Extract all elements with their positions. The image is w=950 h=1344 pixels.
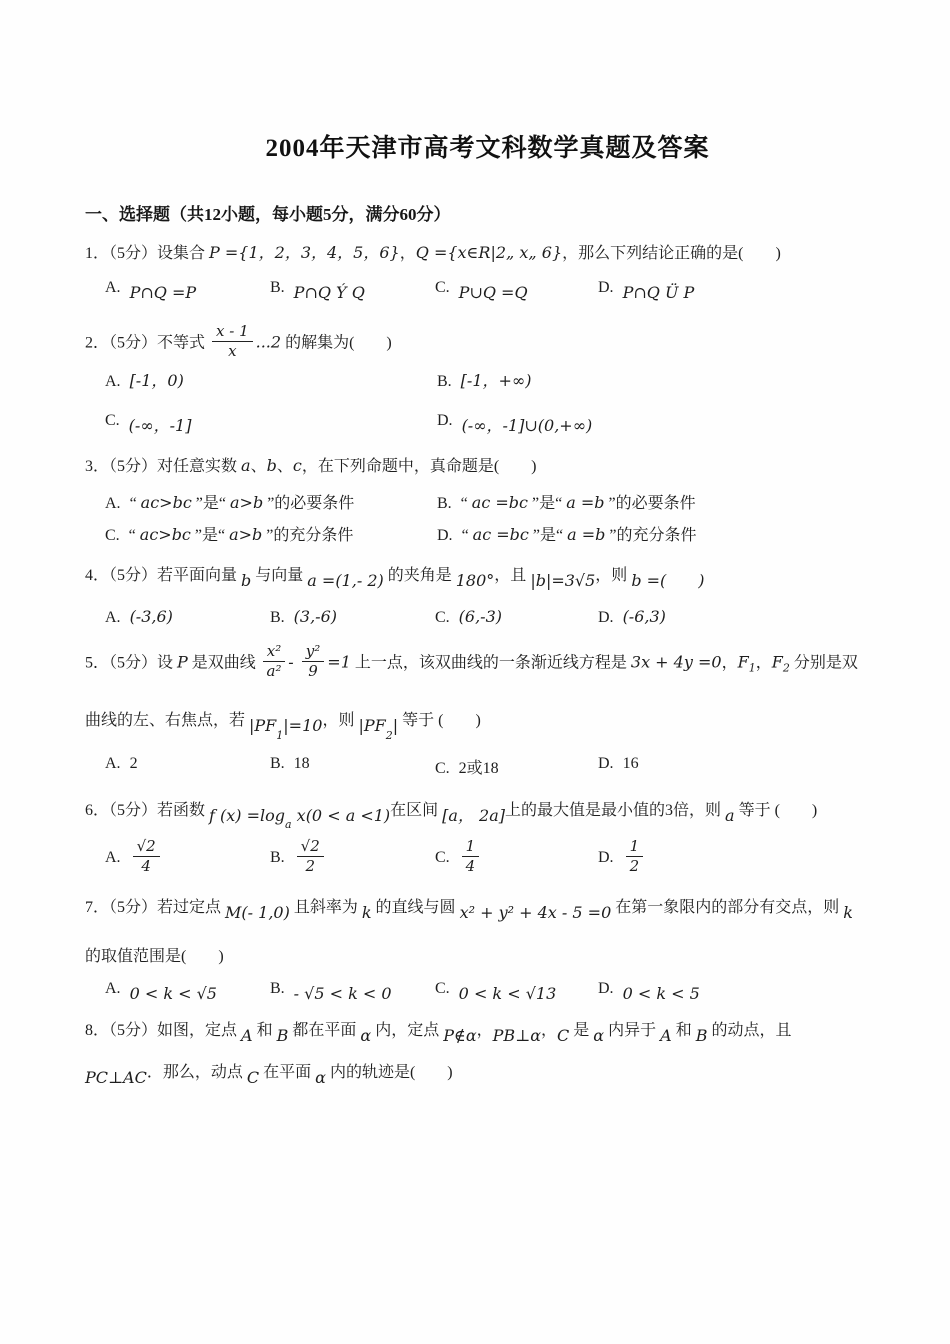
option-1a-content: P∩Q =P [130, 279, 197, 296]
question-1-options: A.P∩Q =P B.P∩Q Ý Q C.P∪Q =Q D.P∩Q Ü P [105, 277, 890, 297]
option-3d-content: “ ac =bc ”是“ a =b ”的充分条件 [462, 527, 697, 544]
question-7-options: A.0 < k < √5 B.- √5 < k < 0 C.0 < k < √1… [105, 978, 890, 998]
option-4a-content: (-3,6) [130, 609, 173, 626]
section-heading: 一、选择题（共12小题，每小题5分，满分60分） [85, 200, 890, 225]
question-5-stem-line1: 5．（5分）设 P 是双曲线 x²a²- y²9=1 上一点，该双曲线的一条渐近… [85, 645, 890, 683]
option-6d-label: D. [598, 849, 614, 866]
fraction: √22 [297, 838, 324, 876]
option-3c: C.“ ac>bc ”是“ a>b ”的充分条件 [105, 522, 437, 545]
option-1b: B.P∩Q Ý Q [270, 277, 435, 297]
fraction: x - 1x [212, 323, 253, 361]
option-5d-content: 16 [623, 755, 639, 772]
option-4a-label: A. [105, 609, 121, 626]
fraction: x²a² [263, 643, 285, 681]
option-2d-content: (-∞，-1]∪(0,+∞) [462, 412, 593, 429]
option-3c-label: C. [105, 527, 120, 544]
option-5a-content: 2 [130, 755, 138, 772]
question-3-options: A.“ ac>bc ”是“ a>b ”的必要条件 B.“ ac =bc ”是“ … [105, 490, 890, 545]
option-5a: A.2 [105, 755, 270, 778]
option-2b-label: B. [437, 373, 452, 390]
question-6: 6．（5分）若函数 f (x) =loga x(0 < a <1)在区间 [a，… [85, 798, 890, 878]
option-4c-content: (6,-3) [459, 609, 502, 626]
option-3b-label: B. [437, 495, 452, 512]
option-1a: A.P∩Q =P [105, 277, 270, 297]
option-2b-content: [-1，+∞) [461, 373, 532, 390]
option-7d-label: D. [598, 980, 614, 997]
option-5c: C.2或18 [435, 755, 598, 778]
option-3a-label: A. [105, 495, 121, 512]
option-3a-content: “ ac>bc ”是“ a>b ”的必要条件 [130, 495, 355, 512]
question-6-options: A.√24 B.√22 C.14 D.12 [105, 840, 890, 878]
option-7d: D.0 < k < 5 [598, 978, 890, 998]
option-3a: A.“ ac>bc ”是“ a>b ”的必要条件 [105, 490, 437, 513]
question-7-stem-line2: 的取值范围是( ) [85, 945, 890, 970]
option-5b-content: 18 [294, 755, 310, 772]
question-6-stem: 6．（5分）若函数 f (x) =loga x(0 < a <1)在区间 [a，… [85, 798, 890, 824]
option-5b: B.18 [270, 755, 435, 778]
option-4a: A.(-3,6) [105, 607, 270, 627]
option-5c-content: 2或18 [459, 760, 499, 777]
option-7c-label: C. [435, 980, 450, 997]
fraction: 14 [462, 838, 480, 876]
option-3b: B.“ ac =bc ”是“ a =b ”的必要条件 [437, 490, 890, 513]
option-2c: C.(-∞，-1] [105, 407, 437, 430]
option-5d: D.16 [598, 755, 890, 778]
option-2c-content: (-∞，-1] [129, 412, 192, 429]
question-4-options: A.(-3,6) B.(3,-6) C.(6,-3) D.(-6,3) [105, 607, 890, 627]
option-5a-label: A. [105, 755, 121, 772]
option-1a-label: A. [105, 279, 121, 296]
option-1b-content: P∩Q Ý Q [294, 279, 365, 296]
document-page: { "title": "2004年天津市高考文科数学真题及答案", "secti… [0, 0, 950, 1344]
option-7a-label: A. [105, 980, 121, 997]
question-8-stem-line1: 8．（5分）如图，定点 A 和 B 都在平面 α 内，定点 P∉α，PB⊥α，C… [85, 1018, 890, 1044]
option-6a-content: √24 [130, 849, 163, 866]
option-4b: B.(3,-6) [270, 607, 435, 627]
question-7-stem-line1: 7．（5分）若过定点 M(- 1,0) 且斜率为 k 的直线与圆 x² + y²… [85, 895, 890, 921]
option-5d-label: D. [598, 755, 614, 772]
option-7c-content: 0 < k < √13 [459, 980, 557, 997]
option-2b: B.[-1，+∞) [437, 368, 890, 391]
question-1: 1．（5分）设集合 P ={1，2，3，4，5，6}，Q ={x∈R|2„ x„… [85, 241, 890, 297]
question-5-options: A.2 B.18 C.2或18 D.16 [105, 755, 890, 778]
question-5: 5．（5分）设 P 是双曲线 x²a²- y²9=1 上一点，该双曲线的一条渐近… [85, 645, 890, 778]
option-6a: A.√24 [105, 840, 270, 878]
option-2a: A.[-1，0) [105, 368, 437, 391]
option-2a-content: [-1，0) [130, 373, 184, 390]
question-4-stem: 4．（5分）若平面向量 b 与向量 a =(1,- 2) 的夹角是 180°，且… [85, 563, 890, 589]
option-4d-content: (-6,3) [623, 609, 666, 626]
question-3: 3．（5分）对任意实数 a、b、c，在下列命题中，真命题是( ) A.“ ac>… [85, 454, 890, 545]
option-4b-label: B. [270, 609, 285, 626]
option-6c-label: C. [435, 849, 450, 866]
question-3-stem: 3．（5分）对任意实数 a、b、c，在下列命题中，真命题是( ) [85, 454, 890, 480]
option-3d: D.“ ac =bc ”是“ a =b ”的充分条件 [437, 522, 890, 545]
option-6c: C.14 [435, 840, 598, 878]
option-6d: D.12 [598, 840, 890, 878]
option-4d-label: D. [598, 609, 614, 626]
question-2-options: A.[-1，0) B.[-1，+∞) C.(-∞，-1] D.(-∞，-1]∪(… [105, 368, 890, 430]
option-7a-content: 0 < k < √5 [130, 980, 217, 997]
option-6b-content: √22 [294, 849, 327, 866]
option-5b-label: B. [270, 755, 285, 772]
option-4c: C.(6,-3) [435, 607, 598, 627]
option-6a-label: A. [105, 849, 121, 866]
option-7d-content: 0 < k < 5 [623, 980, 700, 997]
fraction: 12 [626, 838, 644, 876]
option-3b-content: “ ac =bc ”是“ a =b ”的必要条件 [461, 495, 696, 512]
option-7c: C.0 < k < √13 [435, 978, 598, 998]
option-2d-label: D. [437, 412, 453, 429]
option-4c-label: C. [435, 609, 450, 626]
option-2a-label: A. [105, 373, 121, 390]
question-1-stem: 1．（5分）设集合 P ={1，2，3，4，5，6}，Q ={x∈R|2„ x„… [85, 241, 890, 267]
option-1c: C.P∪Q =Q [435, 277, 598, 297]
option-5c-label: C. [435, 760, 450, 777]
option-1d-label: D. [598, 279, 614, 296]
option-6b: B.√22 [270, 840, 435, 878]
option-7b: B.- √5 < k < 0 [270, 978, 435, 998]
question-4: 4．（5分）若平面向量 b 与向量 a =(1,- 2) 的夹角是 180°，且… [85, 563, 890, 627]
option-4d: D.(-6,3) [598, 607, 890, 627]
option-1c-content: P∪Q =Q [459, 279, 528, 296]
question-8-stem-line2: PC⊥AC．那么，动点 C 在平面 α 内的轨迹是( ) [85, 1060, 890, 1086]
option-4b-content: (3,-6) [294, 609, 337, 626]
option-3d-label: D. [437, 527, 453, 544]
option-6b-label: B. [270, 849, 285, 866]
option-1d: D.P∩Q Ü P [598, 277, 890, 297]
option-2c-label: C. [105, 412, 120, 429]
option-7b-content: - √5 < k < 0 [294, 980, 392, 997]
option-3c-content: “ ac>bc ”是“ a>b ”的充分条件 [129, 527, 354, 544]
page-title: 2004年天津市高考文科数学真题及答案 [85, 128, 890, 164]
option-1d-content: P∩Q Ü P [623, 279, 695, 296]
fraction: √24 [133, 838, 160, 876]
question-7: 7．（5分）若过定点 M(- 1,0) 且斜率为 k 的直线与圆 x² + y²… [85, 895, 890, 998]
option-6d-content: 12 [623, 849, 647, 866]
question-2: 2．（5分）不等式 x - 1x...2 的解集为( ) A.[-1，0) B.… [85, 325, 890, 431]
option-7b-label: B. [270, 980, 285, 997]
question-5-stem-line2: 曲线的左、右焦点，若 |PF1|=10，则 |PF2| 等于 ( ) [85, 708, 890, 734]
option-1c-label: C. [435, 279, 450, 296]
question-2-stem: 2．（5分）不等式 x - 1x...2 的解集为( ) [85, 325, 890, 363]
option-7a: A.0 < k < √5 [105, 978, 270, 998]
exam-paper: 2004年天津市高考文科数学真题及答案 一、选择题（共12小题，每小题5分，满分… [0, 0, 950, 1086]
option-6c-content: 14 [459, 849, 483, 866]
fraction: y²9 [302, 643, 325, 681]
option-1b-label: B. [270, 279, 285, 296]
question-8: 8．（5分）如图，定点 A 和 B 都在平面 α 内，定点 P∉α，PB⊥α，C… [85, 1018, 890, 1086]
option-2d: D.(-∞，-1]∪(0,+∞) [437, 407, 890, 430]
